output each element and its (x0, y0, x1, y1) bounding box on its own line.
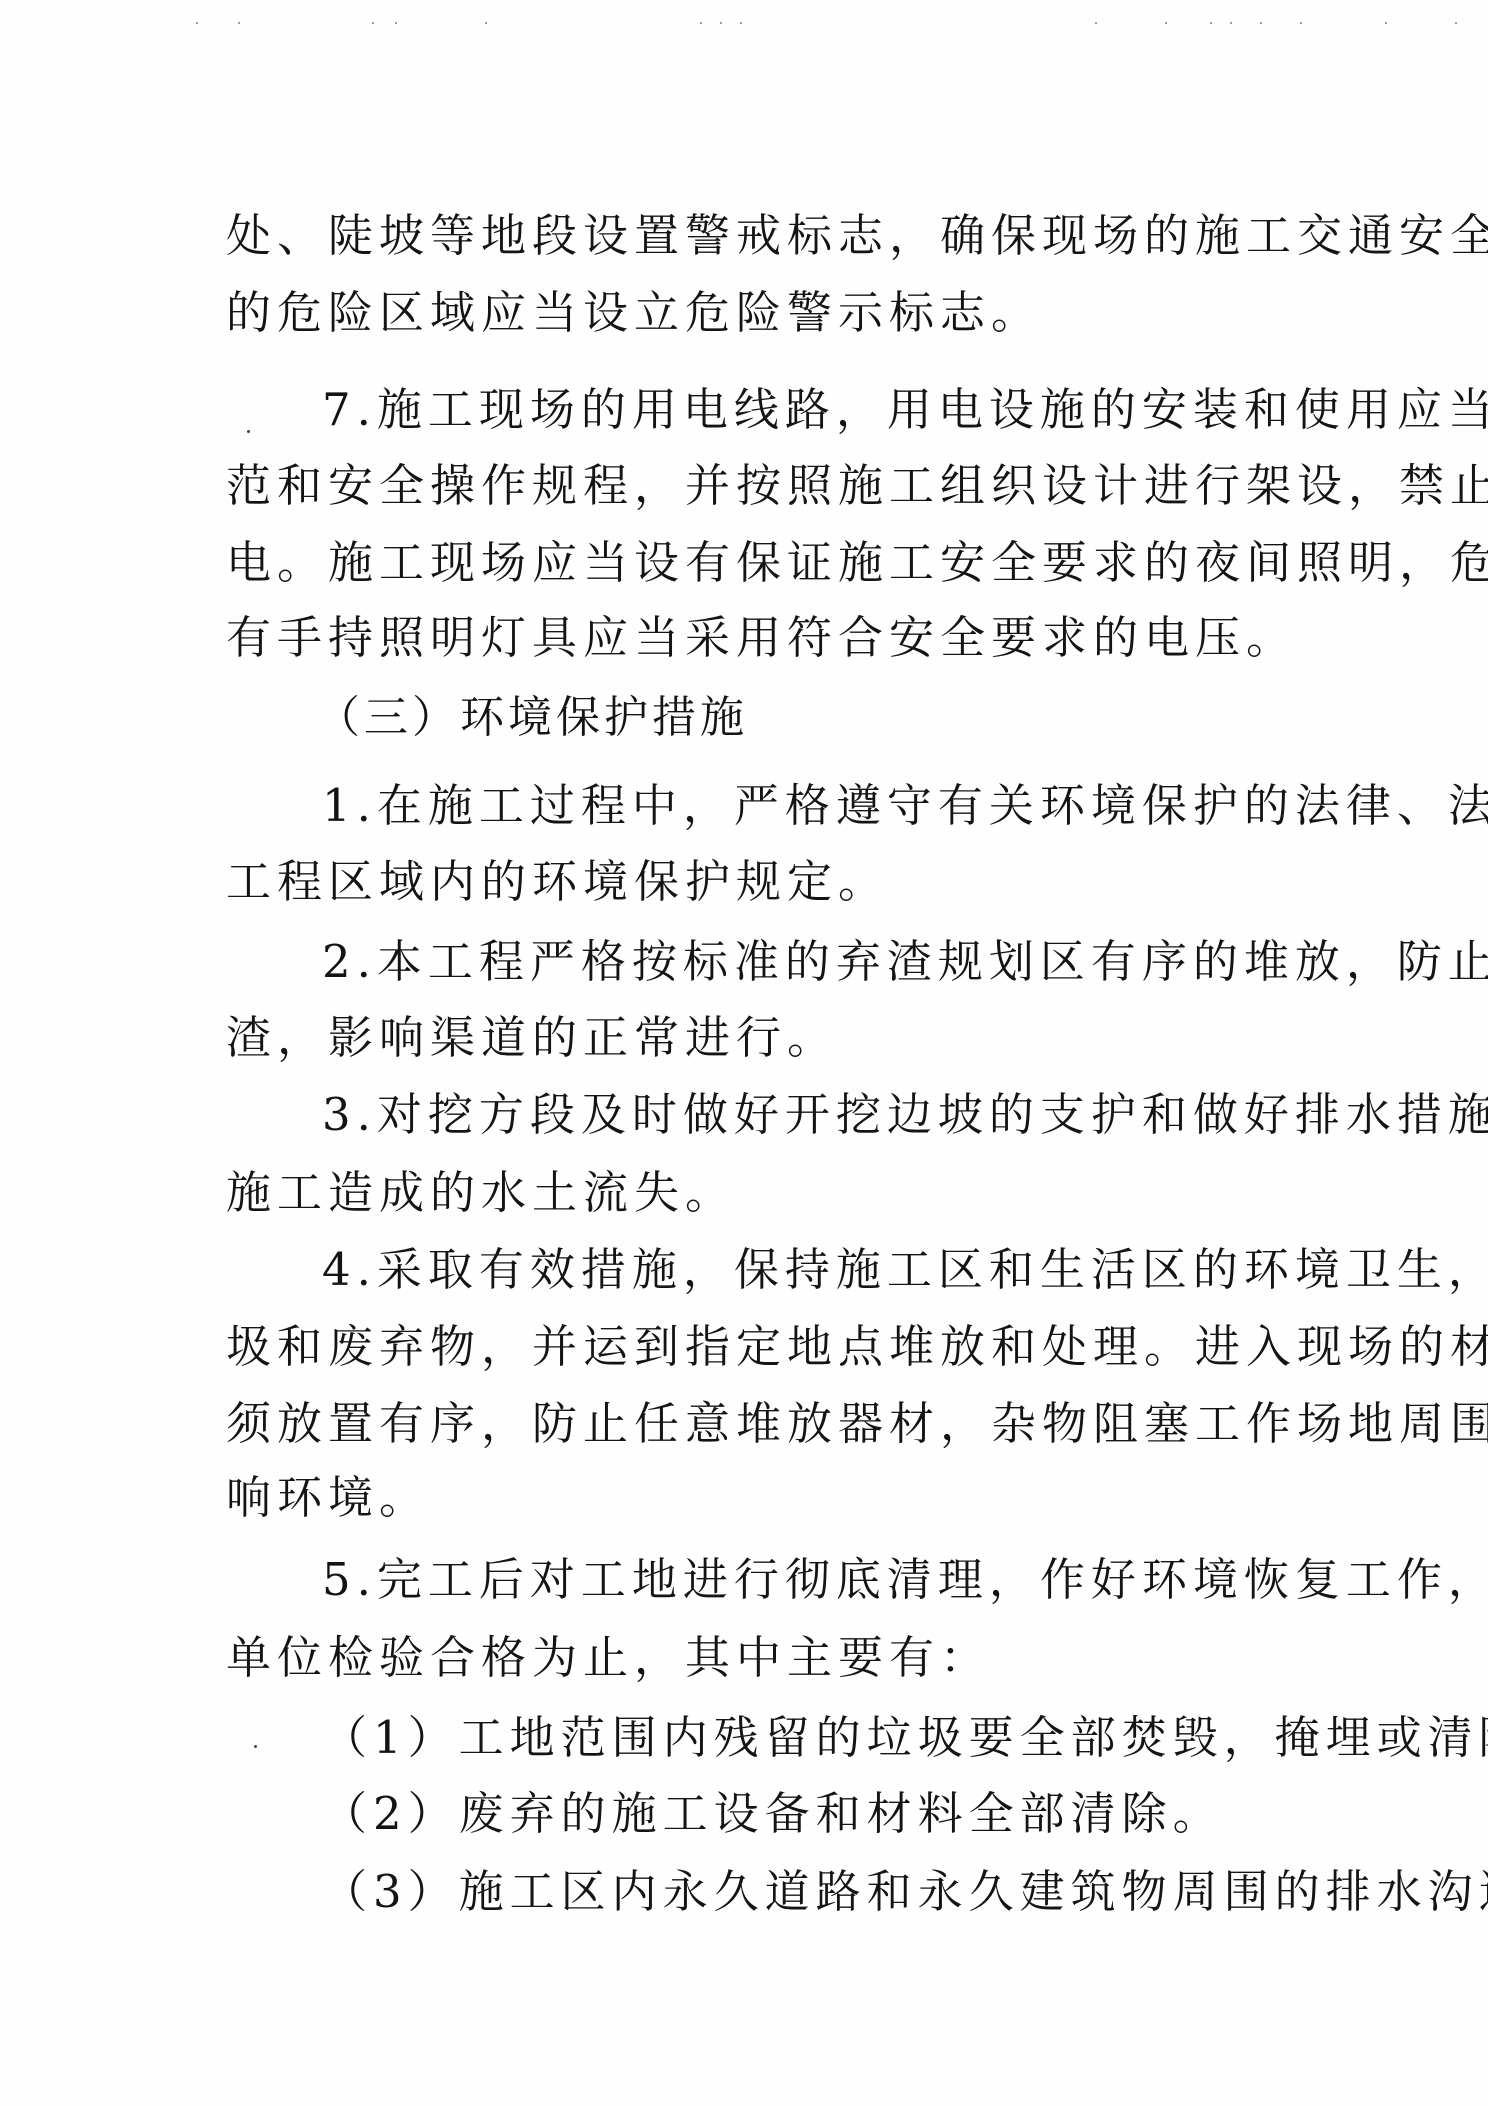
sub-item-2: （2）废弃的施工设备和材料全部清除。 (322, 1784, 1224, 1844)
text-line: 渣，影响渠道的正常进行。 (226, 1008, 838, 1068)
scan-speck (196, 22, 198, 24)
text-line: 工程区域内的环境保护规定。 (226, 852, 889, 912)
scan-speck (1210, 22, 1212, 24)
scan-speck (395, 22, 397, 24)
scan-speck (1385, 22, 1387, 24)
text-line: 响环境。 (226, 1468, 430, 1528)
text-line: 圾和废弃物，并运到指定地点堆放和处理。进入现场的材料、设备必 (226, 1317, 1488, 1377)
scan-speck (1165, 22, 1167, 24)
sub-item-1: （1）工地范围内残留的垃圾要全部焚毁，掩埋或清除出场。 (322, 1708, 1488, 1768)
text-line: 处、陡坡等地段设置警戒标志，确保现场的施工交通安全。施工现场 (226, 206, 1488, 266)
scan-speck (1260, 22, 1262, 24)
scan-speck (740, 22, 742, 24)
text-line: 电。施工现场应当设有保证施工安全要求的夜间照明，危险潮湿场所 (226, 533, 1488, 593)
scan-speck (372, 22, 374, 24)
paragraph-1-start: 1.在施工过程中，严格遵守有关环境保护的法律、法规和业主对 (322, 776, 1488, 836)
paragraph-4-start: 4.采取有效措施，保持施工区和生活区的环境卫生，及时清除垃 (322, 1240, 1488, 1300)
scan-speck (720, 22, 722, 24)
scan-speck (700, 22, 702, 24)
text-line: 有手持照明灯具应当采用符合安全要求的电压。 (226, 608, 1297, 668)
scan-speck (485, 22, 487, 24)
paragraph-7-start: 7.施工现场的用电线路，用电设施的安装和使用应当符合安装规 (322, 380, 1488, 440)
scan-speck (1095, 22, 1097, 24)
text-line: 范和安全操作规程，并按照施工组织设计进行架设，禁止任意拉线接 (226, 456, 1488, 516)
scan-speck (1300, 22, 1302, 24)
sub-item-3: （3）施工区内永久道路和永久建筑物周围的排水沟道，按照要 (322, 1862, 1488, 1922)
document-page: 处、陡坡等地段设置警戒标志，确保现场的施工交通安全。施工现场 的危险区域应当设立… (0, 0, 1488, 2106)
scan-speck (1455, 22, 1457, 24)
paragraph-5-start: 5.完工后对工地进行彻底清理，作好环境恢复工作，并需经监理 (322, 1550, 1488, 1610)
paragraph-3-start: 3.对挖方段及时做好开挖边坡的支护和做好排水措施，避免由于 (322, 1085, 1488, 1145)
text-line: 须放置有序，防止任意堆放器材，杂物阻塞工作场地周围的通道和影 (226, 1394, 1488, 1454)
scan-artifacts (0, 22, 1488, 28)
scan-speck (238, 22, 240, 24)
scan-dot (254, 1745, 257, 1748)
paragraph-2-start: 2.本工程严格按标准的弃渣规划区有序的堆放，防止任意堆放废 (322, 932, 1488, 992)
scan-dot (247, 430, 250, 433)
section-heading-environment: （三）环境保护措施 (316, 688, 748, 748)
text-line: 的危险区域应当设立危险警示标志。 (226, 283, 1042, 343)
text-line: 施工造成的水土流失。 (226, 1163, 736, 1223)
scan-speck (1230, 22, 1232, 24)
text-line: 单位检验合格为止，其中主要有： (226, 1628, 991, 1688)
